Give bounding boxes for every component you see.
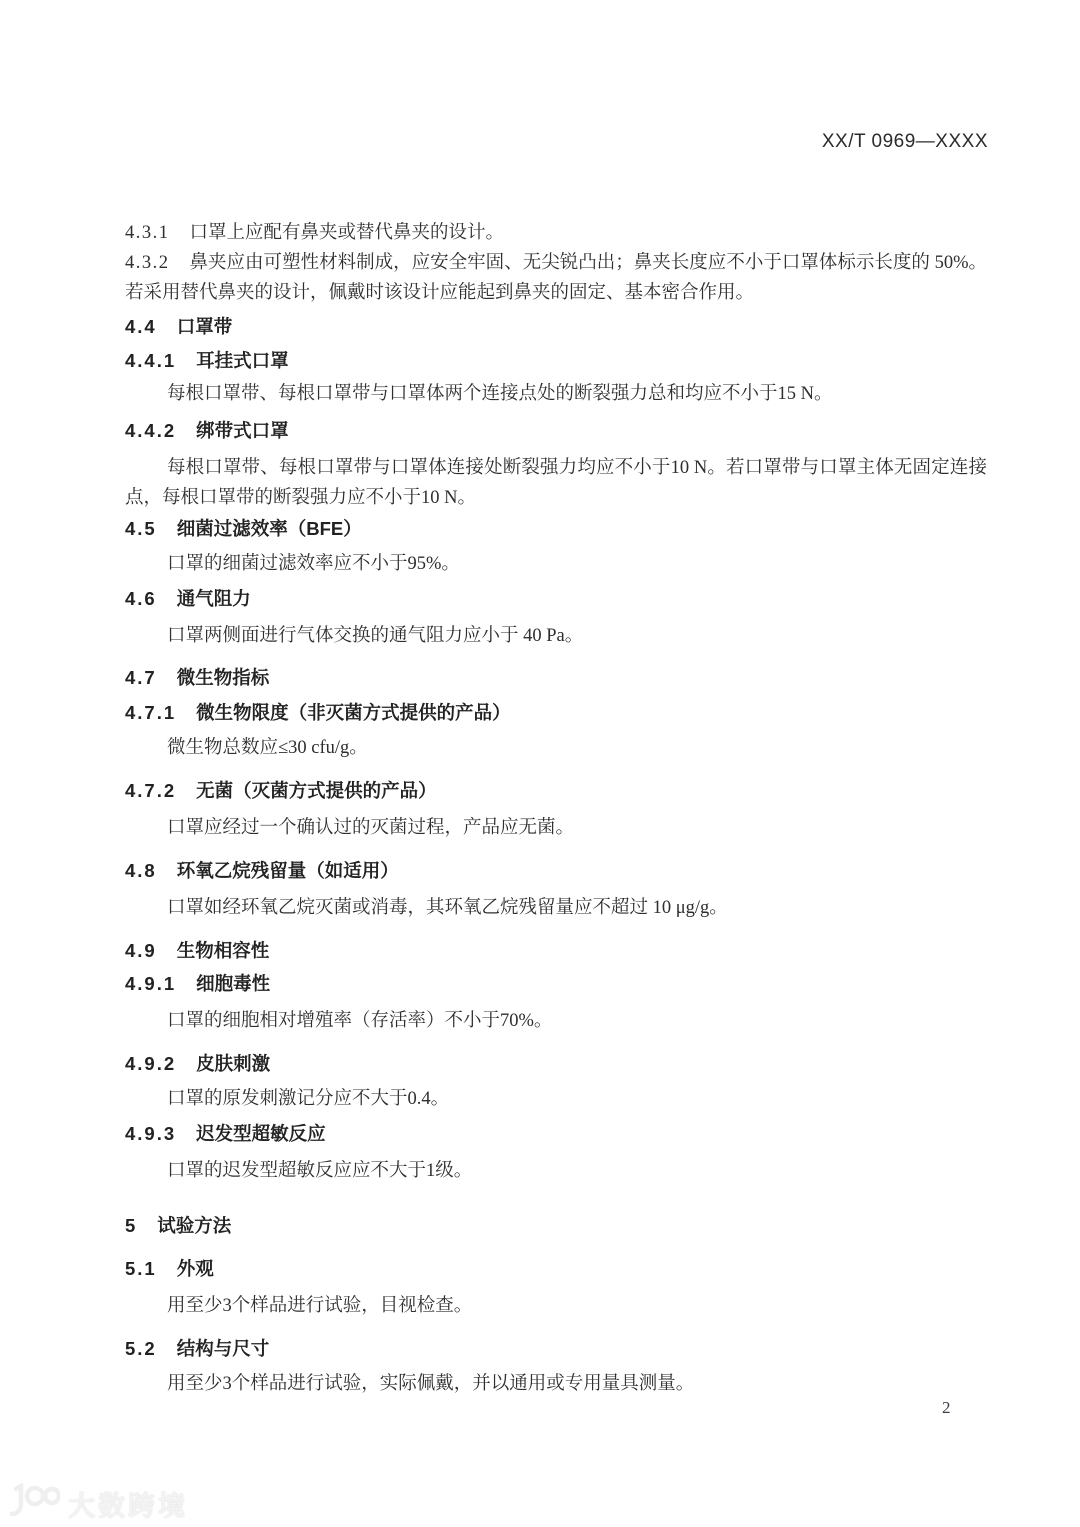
section-heading-4.4.1: 4.4.1耳挂式口罩	[125, 346, 987, 376]
clause-number: 4.3.1	[125, 223, 170, 243]
clause-4.3.2: 4.3.2鼻夹应由可塑性材料制成，应安全牢固、无尖锐凸出；鼻夹长度应不小于口罩体…	[125, 248, 987, 308]
body-paragraph: 口罩的细胞相对增殖率（存活率）不小于70%。	[125, 1006, 987, 1036]
heading-title: 迟发型超敏反应	[196, 1123, 326, 1144]
body-paragraph: 每根口罩带、每根口罩带与口罩体连接处断裂强力均应不小于10 N。若口罩带与口罩主…	[125, 453, 987, 513]
body-paragraph: 每根口罩带、每根口罩带与口罩体两个连接点处的断裂强力总和均应不小于15 N。	[125, 379, 987, 409]
heading-title: 耳挂式口罩	[196, 350, 289, 371]
body-paragraph: 口罩应经过一个确认过的灭菌过程，产品应无菌。	[125, 813, 987, 843]
heading-title: 生物相容性	[177, 940, 270, 961]
heading-title: 环氧乙烷残留量（如适用）	[177, 860, 399, 881]
clause-text: 口罩上应配有鼻夹或替代鼻夹的设计。	[190, 223, 505, 243]
section-heading-4.7.2: 4.7.2无菌（灭菌方式提供的产品）	[125, 776, 987, 806]
clause-number: 4.3.2	[125, 253, 170, 273]
heading-number: 5.2	[125, 1338, 157, 1359]
heading-title: 试验方法	[157, 1215, 231, 1236]
heading-number: 4.7.2	[125, 780, 176, 801]
heading-title: 微生物限度（非灭菌方式提供的产品）	[196, 702, 511, 723]
heading-number: 4.9	[125, 940, 157, 961]
heading-number: 4.9.1	[125, 973, 176, 994]
section-heading-5.1: 5.1外观	[125, 1254, 987, 1284]
section-heading-4.8: 4.8环氧乙烷残留量（如适用）	[125, 856, 987, 886]
heading-title: 无菌（灭菌方式提供的产品）	[196, 780, 437, 801]
clause-4.3.1: 4.3.1口罩上应配有鼻夹或替代鼻夹的设计。	[125, 218, 987, 248]
heading-number: 4.5	[125, 518, 157, 539]
document-content: 4.3.1口罩上应配有鼻夹或替代鼻夹的设计。 4.3.2鼻夹应由可塑性材料制成，…	[125, 218, 987, 1399]
chapter-heading-5: 5试验方法	[125, 1211, 987, 1241]
section-heading-5.2: 5.2结构与尺寸	[125, 1334, 987, 1364]
heading-title: 通气阻力	[177, 588, 251, 609]
body-paragraph: 口罩的原发刺激记分应不大于0.4。	[125, 1084, 987, 1114]
body-paragraph: 微生物总数应≤30 cfu/g。	[125, 733, 987, 763]
heading-number: 5.1	[125, 1258, 157, 1279]
heading-title: 外观	[177, 1258, 214, 1279]
heading-number: 4.9.2	[125, 1053, 176, 1074]
section-heading-4.6: 4.6通气阻力	[125, 584, 987, 614]
section-heading-4.4: 4.4口罩带	[125, 312, 987, 342]
section-heading-4.7: 4.7微生物指标	[125, 663, 987, 693]
heading-title: 皮肤刺激	[196, 1053, 270, 1074]
heading-title: 绑带式口罩	[196, 420, 289, 441]
heading-number: 4.7.1	[125, 702, 176, 723]
heading-number: 4.7	[125, 667, 157, 688]
heading-number: 5	[125, 1215, 137, 1236]
heading-title: 口罩带	[177, 316, 233, 337]
heading-title: 微生物指标	[177, 667, 270, 688]
section-heading-4.9.3: 4.9.3迟发型超敏反应	[125, 1119, 987, 1149]
body-paragraph: 口罩的细菌过滤效率应不小于95%。	[125, 549, 987, 579]
heading-number: 4.4.1	[125, 350, 176, 371]
body-paragraph: 用至少3个样品进行试验，实际佩戴，并以通用或专用量具测量。	[125, 1369, 987, 1399]
document-page: XX/T 0969—XXXX 4.3.1口罩上应配有鼻夹或替代鼻夹的设计。 4.…	[0, 0, 1080, 1527]
heading-title: 细胞毒性	[196, 973, 270, 994]
body-paragraph: 口罩两侧面进行气体交换的通气阻力应小于 40 Pa。	[125, 621, 987, 651]
section-heading-4.9: 4.9生物相容性	[125, 936, 987, 966]
page-number: 2	[942, 1398, 951, 1418]
heading-number: 4.6	[125, 588, 157, 609]
section-heading-4.9.2: 4.9.2皮肤刺激	[125, 1049, 987, 1079]
section-heading-4.9.1: 4.9.1细胞毒性	[125, 969, 987, 999]
document-code: XX/T 0969—XXXX	[822, 131, 988, 153]
section-heading-4.5: 4.5细菌过滤效率（BFE）	[125, 514, 987, 544]
heading-title: 结构与尺寸	[177, 1338, 270, 1359]
section-heading-4.4.2: 4.4.2绑带式口罩	[125, 416, 987, 446]
watermark: 大数跨境	[8, 1483, 188, 1524]
body-paragraph: 用至少3个样品进行试验，目视检查。	[125, 1291, 987, 1321]
heading-number: 4.4	[125, 316, 157, 337]
heading-number: 4.8	[125, 860, 157, 881]
heading-number: 4.9.3	[125, 1123, 176, 1144]
body-paragraph: 口罩如经环氧乙烷灭菌或消毒，其环氧乙烷残留量应不超过 10 μg/g。	[125, 893, 987, 923]
heading-number: 4.4.2	[125, 420, 176, 441]
watermark-100-logo-icon	[8, 1483, 60, 1524]
watermark-text: 大数跨境	[68, 1484, 188, 1523]
heading-title: 细菌过滤效率（BFE）	[177, 518, 362, 539]
section-heading-4.7.1: 4.7.1微生物限度（非灭菌方式提供的产品）	[125, 698, 987, 728]
body-paragraph: 口罩的迟发型超敏反应应不大于1级。	[125, 1156, 987, 1186]
clause-text: 鼻夹应由可塑性材料制成，应安全牢固、无尖锐凸出；鼻夹长度应不小于口罩体标示长度的…	[125, 253, 987, 303]
